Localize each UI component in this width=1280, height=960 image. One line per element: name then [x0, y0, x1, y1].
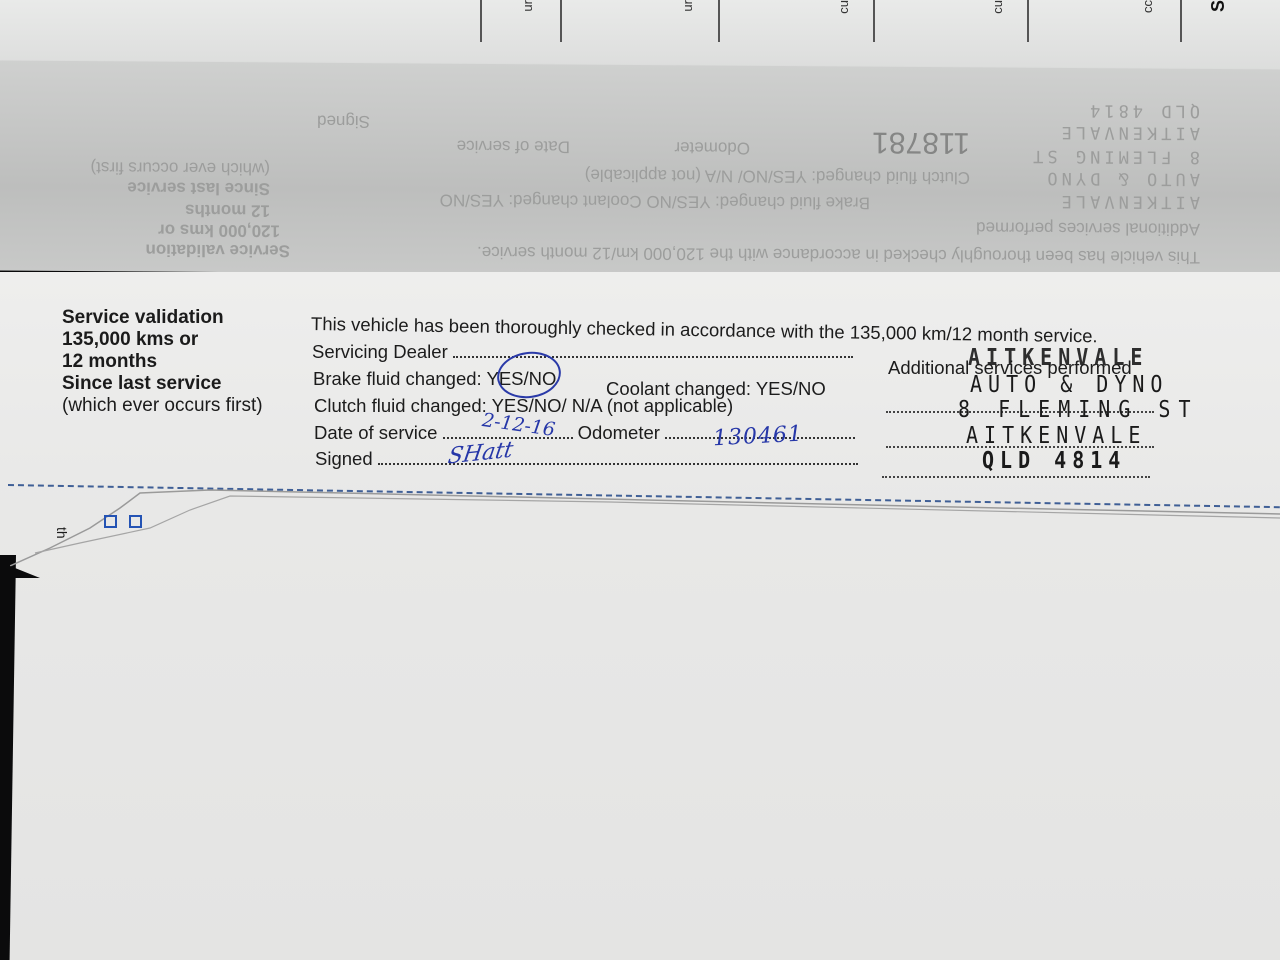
- tab-label: cc: [1140, 0, 1155, 13]
- mirror-stamp-line: QLD 4814: [1086, 100, 1200, 121]
- mirror-signed-label: Signed: [317, 111, 370, 131]
- service-validation-heading-block: Service validation 135,000 kms or 12 mon…: [62, 307, 263, 417]
- mirror-odometer-label: Odometer: [674, 137, 750, 158]
- mirror-left-line: 12 months: [185, 200, 270, 221]
- heading-kms: 135,000 kms or: [62, 329, 263, 351]
- heading-months: 12 months: [62, 351, 263, 373]
- heading-since-last: Since last service: [62, 373, 263, 395]
- dealer-stamp-line: AUTO & DYNO: [970, 370, 1168, 398]
- dealer-stamp-line: AITKENVALE: [968, 343, 1148, 371]
- tab-label: ur: [520, 0, 535, 12]
- mirror-odometer-value: 118781: [872, 125, 970, 160]
- odometer-label: Odometer: [578, 422, 660, 443]
- mirror-additional: Additional services performed: [976, 217, 1200, 239]
- servicing-dealer-label: Servicing Dealer: [312, 341, 448, 362]
- signed-row: Signed: [315, 448, 858, 470]
- tab-label: cu: [836, 0, 851, 14]
- heading-service-validation: Service validation: [62, 307, 263, 329]
- torn-paper-edge: [10, 488, 1280, 578]
- tab-label: ur: [680, 0, 695, 12]
- tab-label: S: [1208, 0, 1229, 12]
- tab-label: cu: [990, 0, 1005, 14]
- tab-divider: [480, 0, 482, 42]
- mirror-left-heading: Service validation: [145, 240, 290, 261]
- mirror-stamp-line: AITKENVALE: [1058, 122, 1200, 143]
- tab-divider: [560, 0, 562, 42]
- dealer-stamp-line: 8 FLEMING ST: [958, 395, 1199, 423]
- mirror-stamp-line: AITKENVALE: [1058, 191, 1200, 212]
- dealer-stamp-line: AITKENVALE: [966, 421, 1146, 449]
- checkbox-square[interactable]: [129, 515, 142, 528]
- mirror-clutch: Clutch fluid changed: YES/NO/ N/A (not a…: [585, 165, 970, 188]
- folded-back-page: Service validation 120,000 kms or 12 mon…: [0, 61, 1280, 280]
- tab-divider: [873, 0, 875, 42]
- signed-label: Signed: [315, 448, 373, 469]
- tab-divider: [1027, 0, 1029, 42]
- mirrored-text-block: Service validation 120,000 kms or 12 mon…: [0, 61, 1280, 280]
- mirror-brake: Brake fluid changed: YES/NO Coolant chan…: [440, 190, 870, 213]
- tab-divider: [1180, 0, 1182, 42]
- mirror-left-line: Since last service: [127, 177, 270, 198]
- mirror-stamp-line: 8 FLEMING ST: [1029, 146, 1200, 167]
- heading-whichever: (which ever occurs first): [62, 395, 263, 417]
- mirror-stamp-line: AUTO & DYNO: [1043, 168, 1200, 189]
- handwritten-odometer: 130461: [712, 422, 803, 452]
- tab-divider: [718, 0, 720, 42]
- mirror-left-line: (which ever occurs first): [91, 157, 270, 178]
- servicing-dealer-row: Servicing Dealer: [312, 341, 853, 363]
- dealer-stamp-line: QLD 4814: [982, 446, 1126, 474]
- mirror-date-label: Date of service: [457, 136, 570, 157]
- additional-services-line: [882, 476, 1150, 478]
- date-label: Date of service: [314, 422, 437, 443]
- checkbox-square[interactable]: [104, 515, 117, 528]
- mirror-header: This vehicle has been thoroughly checked…: [477, 242, 1200, 267]
- mirror-left-line: 120,000 kms or: [158, 220, 280, 241]
- torn-fragment-text: th: [54, 527, 70, 539]
